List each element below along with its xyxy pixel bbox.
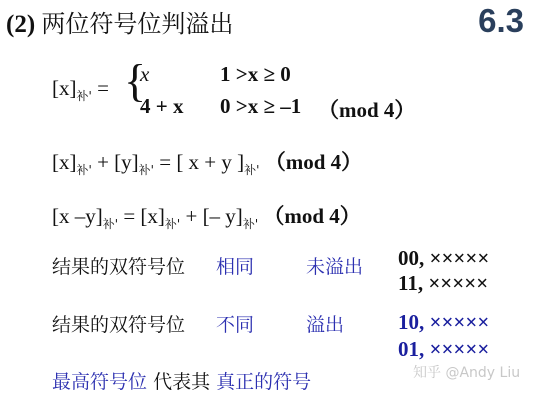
row1-result: 未溢出 bbox=[306, 252, 363, 279]
formula2: [x]补' + [y]补' = [ x + y ]补' （mod 4） bbox=[52, 146, 362, 176]
row2-prefix: 结果的双符号位 bbox=[52, 310, 185, 337]
formula3-b: [x] bbox=[140, 204, 165, 228]
formula1-case2-cond: 0 >x ≥ –1 bbox=[220, 94, 301, 119]
row2-code2: 01, ××××× bbox=[398, 337, 489, 362]
row1-code2: 11, ××××× bbox=[398, 271, 488, 296]
formula3-c: [– y] bbox=[203, 204, 243, 228]
formula1-case2-expr: 4 + x bbox=[140, 94, 183, 119]
section-number: 6.3 bbox=[478, 2, 524, 40]
row1-state: 相同 bbox=[216, 252, 254, 279]
formula2-eq: = bbox=[159, 150, 171, 174]
formula1-mod: （mod 4） bbox=[318, 94, 415, 124]
formula2-sub-b: 补' bbox=[139, 163, 154, 177]
formula3-mod: （mod 4） bbox=[263, 204, 360, 228]
formula3: [x –y]补' = [x]补' + [– y]补' （mod 4） bbox=[52, 200, 361, 230]
row2-result: 溢出 bbox=[306, 310, 344, 337]
title-number: (2) bbox=[6, 11, 35, 38]
formula3-sub-b: 补' bbox=[165, 217, 180, 231]
formula3-plus: + bbox=[185, 204, 197, 228]
watermark: 知乎 @Andy Liu bbox=[413, 362, 520, 382]
formula3-eq: = bbox=[123, 204, 135, 228]
formula1-case1-cond: 1 >x ≥ 0 bbox=[220, 62, 291, 87]
formula2-plus: + bbox=[97, 150, 109, 174]
footer-part3: 真正的符号 bbox=[216, 371, 311, 393]
slide-title: (2) 两位符号位判溢出 bbox=[6, 4, 233, 39]
formula2-sub-a: 补' bbox=[77, 163, 92, 177]
formula2-b: [y] bbox=[114, 150, 139, 174]
formula1-eq: = bbox=[97, 76, 109, 100]
row2-state: 不同 bbox=[216, 310, 254, 337]
formula2-mod: （mod 4） bbox=[265, 150, 362, 174]
footer-part1: 最高符号位 bbox=[52, 371, 147, 393]
formula3-sub-c: 补' bbox=[243, 217, 258, 231]
formula3-a: [x –y] bbox=[52, 204, 103, 228]
formula2-sub-c: 补' bbox=[244, 163, 259, 177]
formula2-c: [ x + y ] bbox=[176, 150, 244, 174]
formula2-a: [x] bbox=[52, 150, 77, 174]
formula1-case1-expr: x bbox=[140, 62, 149, 87]
row1-prefix: 结果的双符号位 bbox=[52, 252, 185, 279]
footer-line: 最高符号位 代表其 真正的符号 bbox=[52, 367, 311, 393]
formula1-sub: 补' bbox=[77, 89, 92, 103]
formula3-sub-a: 补' bbox=[103, 217, 118, 231]
title-text: 两位符号位判溢出 bbox=[41, 10, 233, 38]
footer-part2: 代表其 bbox=[153, 371, 210, 393]
row2-code1: 10, ××××× bbox=[398, 310, 489, 335]
formula1-lhs: [x]补' = bbox=[52, 76, 109, 101]
row1-code1: 00, ××××× bbox=[398, 246, 489, 271]
formula1-lhs-text: [x] bbox=[52, 76, 77, 100]
